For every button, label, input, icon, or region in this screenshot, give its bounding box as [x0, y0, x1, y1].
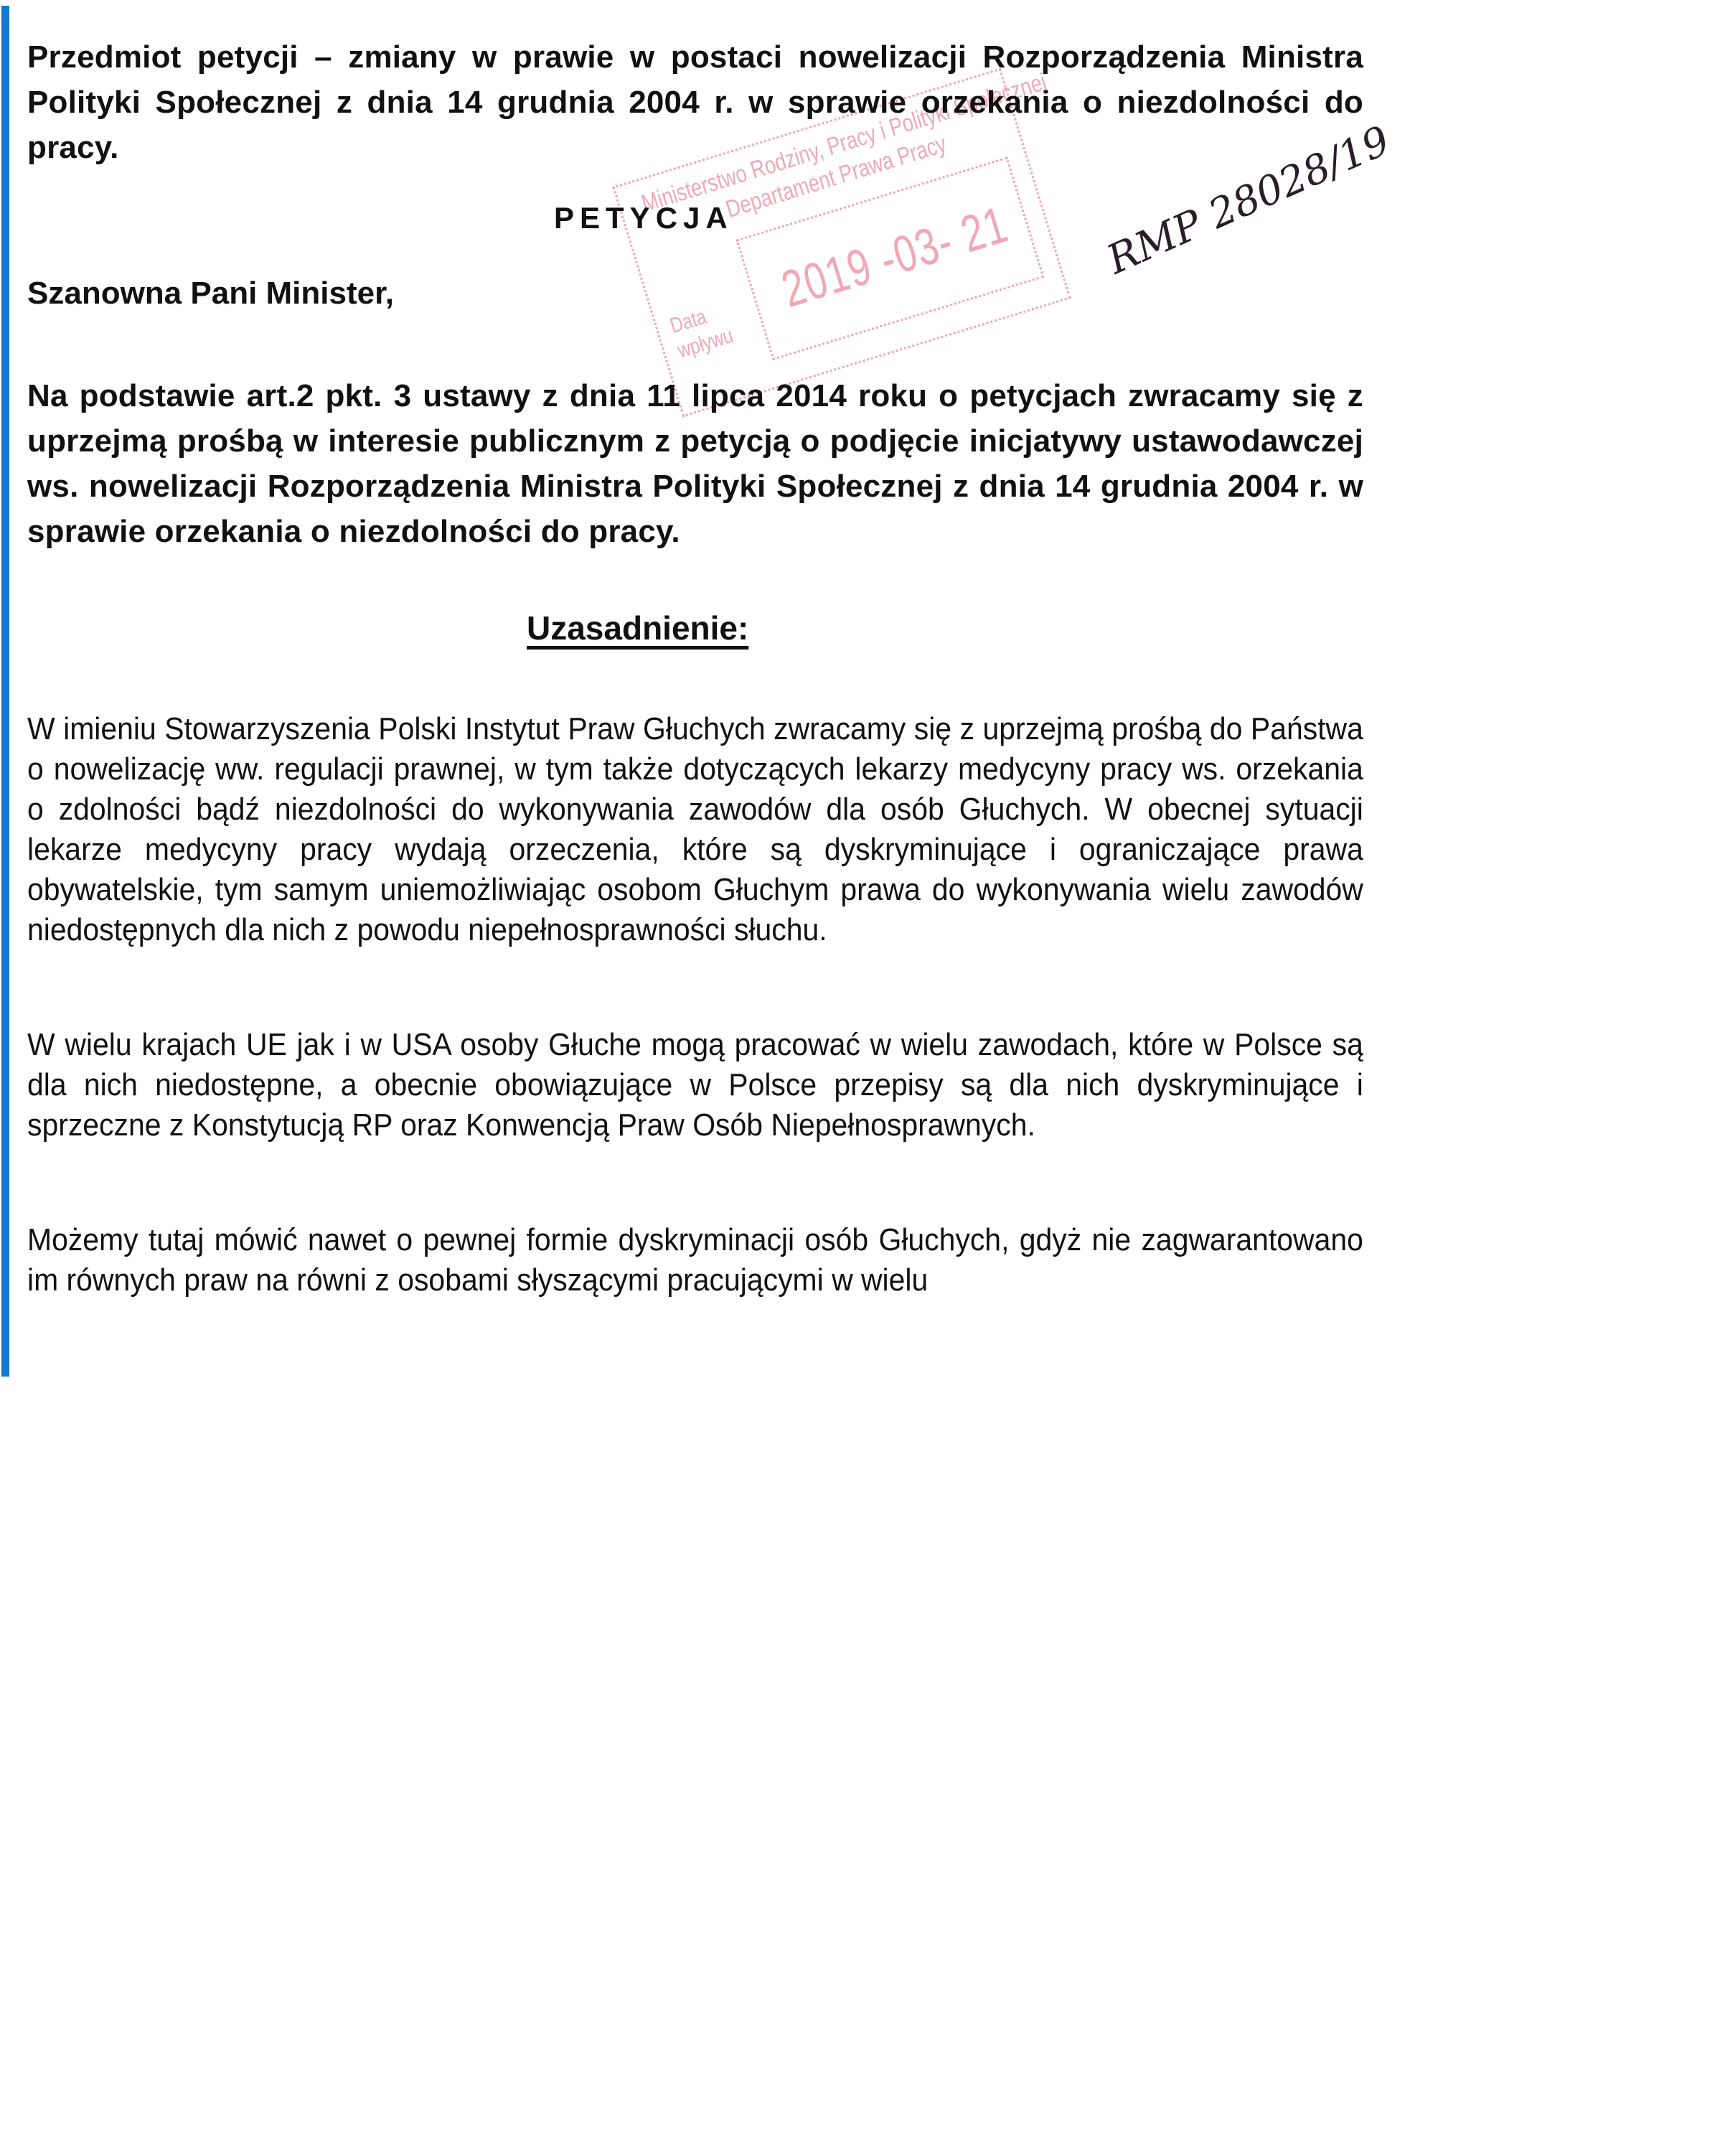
justification-paragraph: W imieniu Stowarzyszenia Polski Instytut… — [27, 709, 1363, 950]
salutation: Szanowna Pani Minister, — [27, 276, 394, 311]
intro-paragraph: Na podstawie art.2 pkt. 3 ustawy z dnia … — [27, 373, 1363, 554]
stamp-receipt-label: Data wpływu — [667, 296, 743, 365]
justification-paragraph: Możemy tutaj mówić nawet o pewnej formie… — [27, 1220, 1363, 1300]
justification-paragraph: W wielu krajach UE jak i w USA osoby Głu… — [27, 1025, 1363, 1145]
justification-heading: Uzasadnienie: — [527, 609, 748, 647]
stamp-date: 2019 -03- 21 — [775, 195, 1015, 319]
petition-subject: Przedmiot petycji – zmiany w prawie w po… — [27, 34, 1363, 170]
petition-heading: PETYCJA — [554, 201, 733, 235]
scan-edge-bar — [1, 6, 9, 1377]
